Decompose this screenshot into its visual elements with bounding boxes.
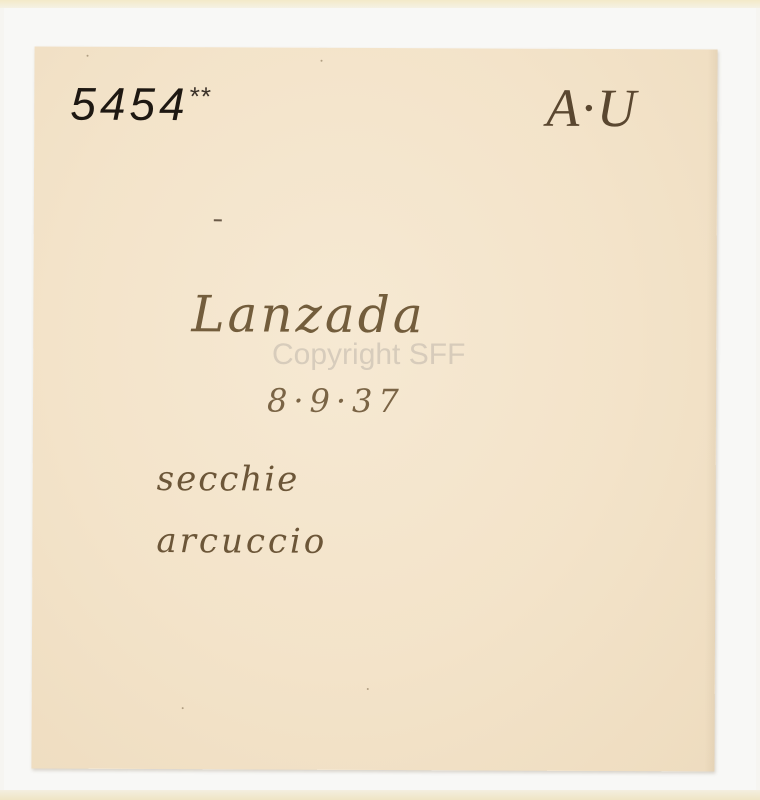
collection-date: 8·9·37: [267, 382, 405, 421]
paper-speck: [367, 688, 369, 690]
top-edge-strip: [0, 0, 760, 8]
copyright-watermark: Copyright SFF: [272, 338, 465, 372]
paper-speck: [87, 55, 89, 57]
bottom-edge-strip: [0, 790, 760, 800]
locality-text: Lanzada: [191, 285, 425, 344]
catalog-marks: **: [189, 81, 211, 111]
catalog-number: 5454**: [70, 77, 211, 132]
dash-mark: [214, 219, 222, 221]
specimen-label: 5454** A·U Lanzada 8·9·37 secchie arcucc…: [31, 47, 717, 772]
paper-speck: [182, 707, 184, 709]
catalog-number-text: 5454: [70, 78, 189, 131]
paper-speck: [321, 60, 323, 62]
note-line-2: arcuccio: [156, 521, 327, 562]
note-line-1: secchie: [157, 459, 300, 500]
collector-initials: A·U: [546, 77, 638, 139]
